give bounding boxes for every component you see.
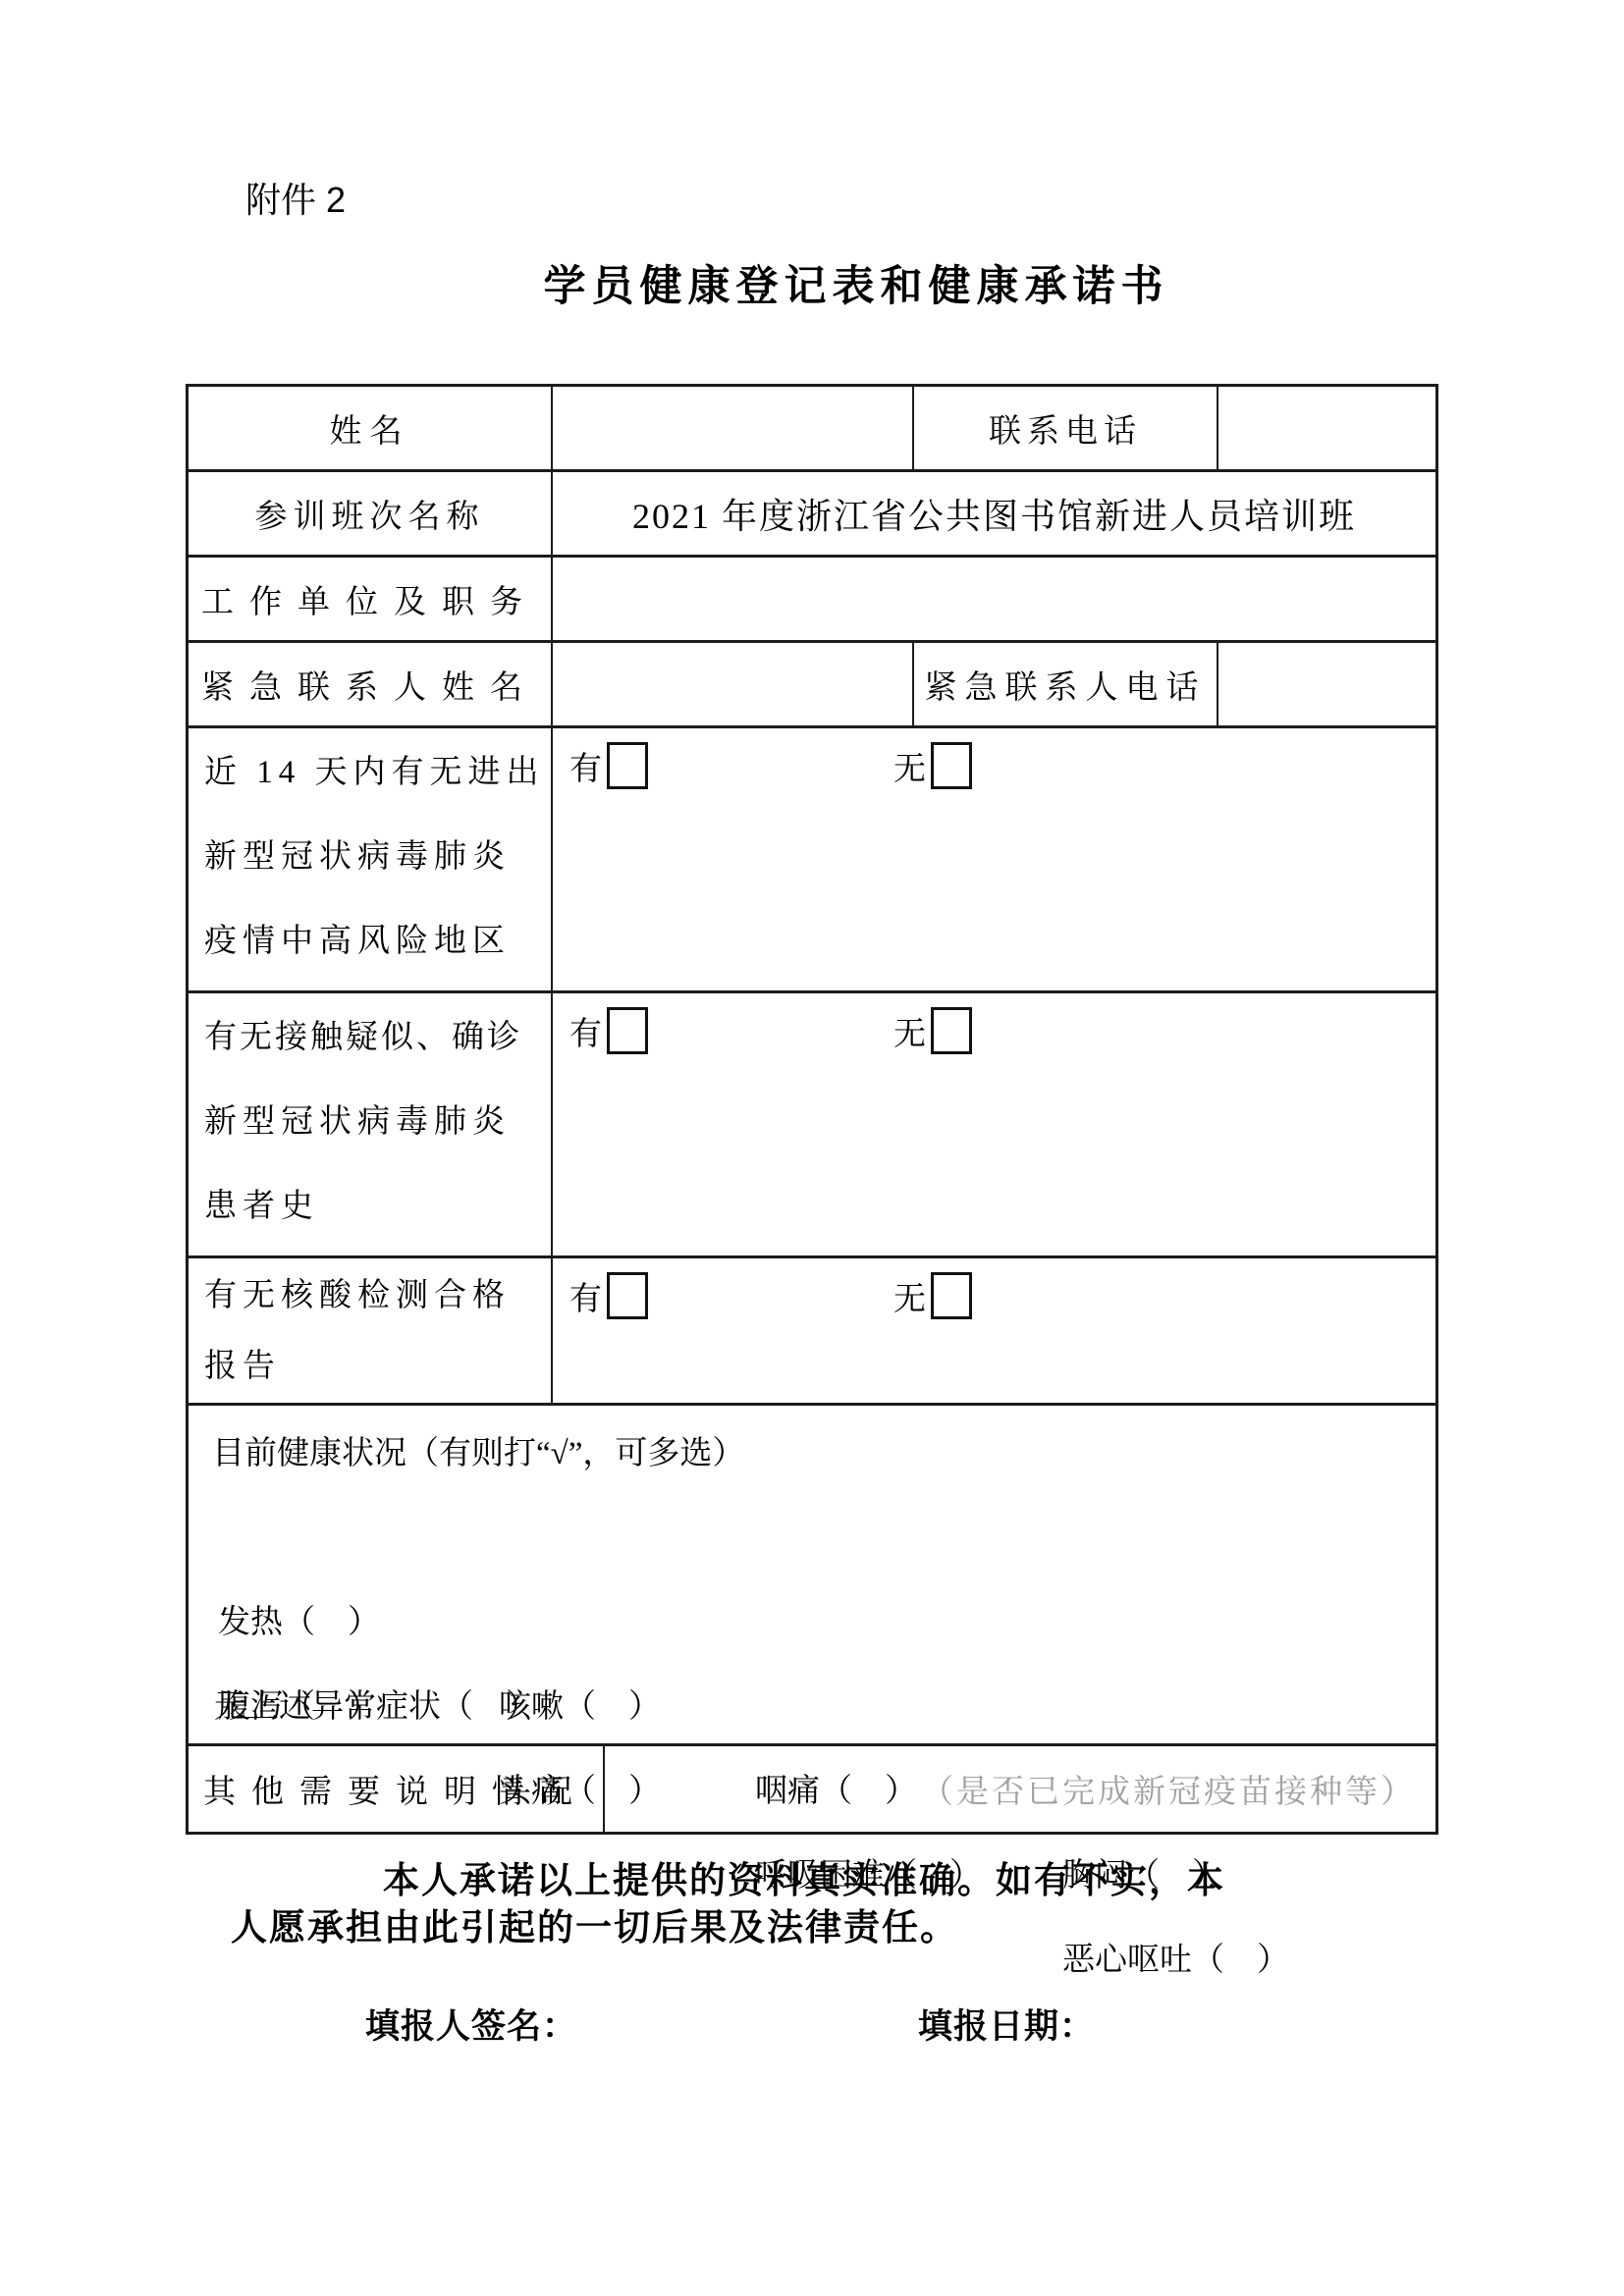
name-label-cell: 姓名 [189, 387, 553, 469]
question-line: 有无核酸检测合格 [204, 1260, 511, 1331]
row-name-phone: 姓名 联系电话 [189, 387, 1435, 472]
travel-history-question: 近 14 天内有无进出 新型冠状病毒肺炎 疫情中高风险地区 [189, 728, 553, 990]
question-line: 近 14 天内有无进出 [204, 730, 545, 815]
nucleic-test-options: 有 无 [553, 1258, 1435, 1403]
phone-input-cell[interactable] [1218, 387, 1435, 469]
no-symptom-item[interactable]: 无上述异常症状（ ） [189, 1665, 1435, 1749]
health-status-cell: 目前健康状况（有则打“√”，可多选） 发热（ ） 咳嗽（ ） 咽痛（ ） 胸闷（… [189, 1406, 1435, 1743]
date-label: 填报日期： [918, 2000, 1095, 2049]
health-status-header: 目前健康状况（有则打“√”，可多选） [189, 1412, 1435, 1496]
yes-option: 有 [569, 1272, 648, 1319]
contact-history-question: 有无接触疑似、确诊 新型冠状病毒肺炎 患者史 [189, 993, 553, 1255]
row-contact-history: 有无接触疑似、确诊 新型冠状病毒肺炎 患者史 有 无 [189, 993, 1435, 1258]
no-option-label: 无 [893, 1008, 926, 1054]
yes-option-label: 有 [569, 1273, 602, 1319]
yes-checkbox[interactable] [607, 1007, 648, 1054]
name-input-cell[interactable] [553, 387, 914, 469]
no-option: 无 [893, 1007, 972, 1054]
attachment-label: 附件 2 [245, 173, 346, 223]
no-checkbox[interactable] [931, 1007, 972, 1054]
health-registration-table: 姓名 联系电话 参训班次名称 2021 年度浙江省公共图书馆新进人员培训班 工作… [186, 384, 1438, 1835]
work-unit-label-cell: 工作单位及职务 [189, 558, 553, 640]
commitment-statement-line-1: 本人承诺以上提供的资料真实准确。如有不实，本 [383, 1850, 1225, 1903]
other-notes-hint-cell[interactable]: （是否已完成新冠疫苗接种等） [605, 1746, 1435, 1832]
question-line: 新型冠状病毒肺炎 [204, 1080, 511, 1164]
symptom-line-2: 腹泻（ ） 头痛（ ） 呼吸困难（ ） 恶心呕吐（ ） [189, 1580, 1435, 1665]
no-option: 无 [893, 1272, 972, 1319]
row-health-status: 目前健康状况（有则打“√”，可多选） 发热（ ） 咳嗽（ ） 咽痛（ ） 胸闷（… [189, 1406, 1435, 1746]
row-emergency-contact: 紧急联系人姓名 紧急联系人电话 [189, 643, 1435, 728]
yes-option-label: 有 [569, 1008, 602, 1054]
page-title: 学员健康登记表和健康承诺书 [44, 253, 1624, 313]
question-line: 疫情中高风险地区 [204, 899, 511, 984]
emergency-name-label-cell: 紧急联系人姓名 [189, 643, 553, 725]
no-option-label: 无 [893, 743, 926, 789]
yes-checkbox[interactable] [607, 1272, 648, 1319]
emergency-name-input-cell[interactable] [553, 643, 914, 725]
row-work-unit: 工作单位及职务 [189, 558, 1435, 643]
class-label-cell: 参训班次名称 [189, 472, 553, 555]
emergency-phone-label-cell: 紧急联系人电话 [914, 643, 1218, 725]
phone-label-cell: 联系电话 [914, 387, 1218, 469]
question-line: 有无接触疑似、确诊 [204, 995, 522, 1080]
no-option-label: 无 [893, 1273, 926, 1319]
symptom-item[interactable]: 恶心呕吐（ ） [1062, 1918, 1289, 2002]
signer-label: 填报人签名： [365, 2000, 577, 2049]
travel-history-options: 有 无 [553, 728, 1435, 990]
question-line: 新型冠状病毒肺炎 [204, 815, 511, 899]
contact-history-options: 有 无 [553, 993, 1435, 1255]
row-travel-history: 近 14 天内有无进出 新型冠状病毒肺炎 疫情中高风险地区 有 无 [189, 728, 1435, 993]
symptom-item[interactable]: 头痛（ ） [499, 1749, 661, 1834]
row-nucleic-test: 有无核酸检测合格 报告 有 无 [189, 1258, 1435, 1406]
document-page: 附件 2 学员健康登记表和健康承诺书 姓名 联系电话 参训班次名称 2021 年… [0, 0, 1624, 2296]
no-checkbox[interactable] [931, 1272, 972, 1319]
no-checkbox[interactable] [931, 742, 972, 789]
question-line: 患者史 [204, 1164, 319, 1249]
symptom-line-1: 发热（ ） 咳嗽（ ） 咽痛（ ） 胸闷（ ） [189, 1496, 1435, 1580]
yes-option-label: 有 [569, 743, 602, 789]
class-value-cell: 2021 年度浙江省公共图书馆新进人员培训班 [553, 472, 1435, 555]
yes-checkbox[interactable] [607, 742, 648, 789]
question-line: 报告 [204, 1331, 281, 1402]
symptom-item[interactable]: 咽痛（ ） [755, 1749, 917, 1834]
yes-option: 有 [569, 1007, 648, 1054]
no-option: 无 [893, 742, 972, 789]
emergency-phone-input-cell[interactable] [1218, 643, 1435, 725]
commitment-statement-line-2: 人愿承担由此引起的一切后果及法律责任。 [231, 1897, 958, 1950]
nucleic-test-question: 有无核酸检测合格 报告 [189, 1258, 553, 1403]
row-training-class: 参训班次名称 2021 年度浙江省公共图书馆新进人员培训班 [189, 472, 1435, 558]
yes-option: 有 [569, 742, 648, 789]
work-unit-input-cell[interactable] [553, 558, 1435, 640]
